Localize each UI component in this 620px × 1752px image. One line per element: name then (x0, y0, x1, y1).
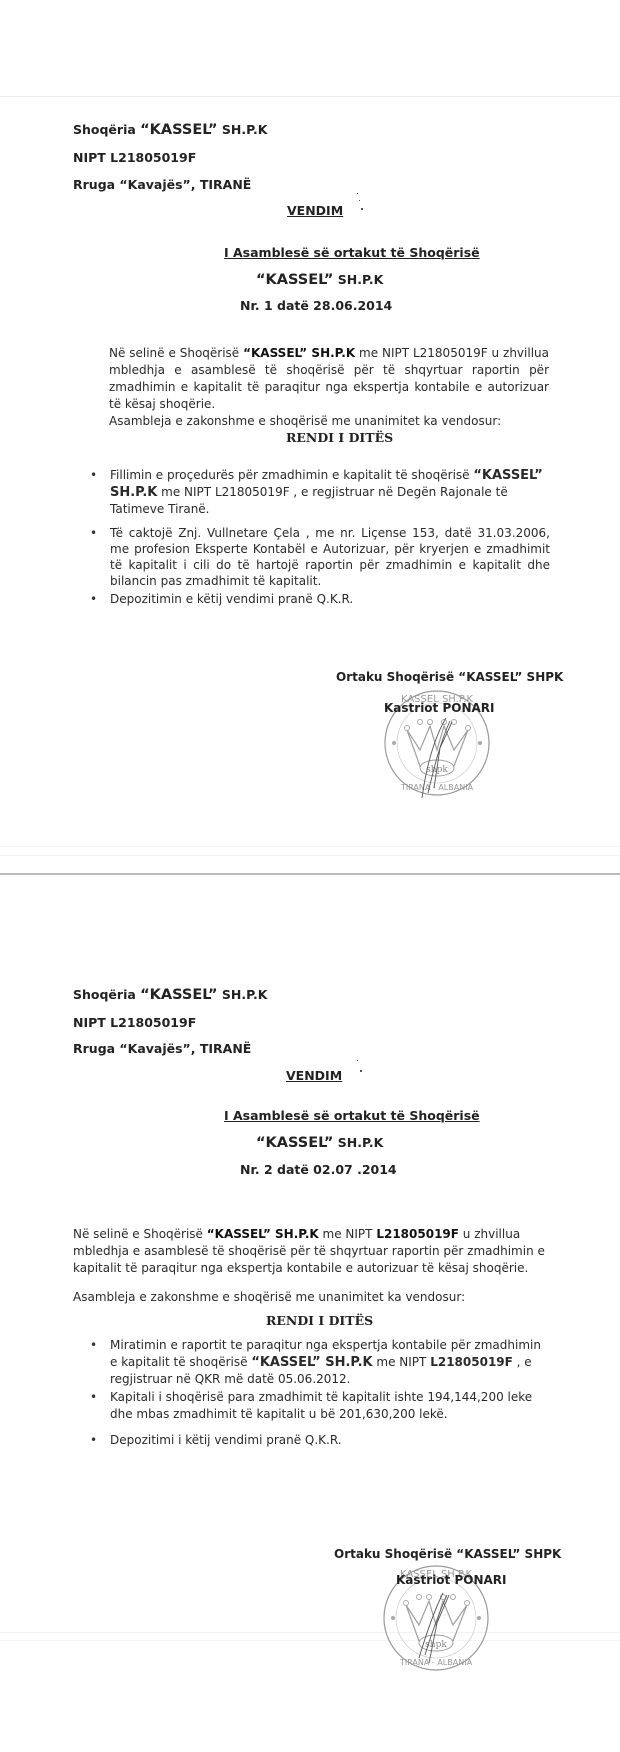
agenda-title: RENDI I DITËS (286, 430, 393, 445)
agenda-item-text: me NIPT L21805019F , e regjistruar në De… (110, 485, 508, 516)
agenda-item-text: Depozitimin e këtij vendimi pranë Q.K.R. (110, 592, 353, 606)
agenda-title: RENDI I DITËS (266, 1313, 373, 1328)
intro-text: Në selinë e Shoqërisë (73, 1227, 207, 1241)
agenda-item: Të caktojë Znj. Vullnetare Çela , me nr.… (88, 525, 550, 589)
agenda-item: Miratimin e raportit te paraqitur nga ek… (88, 1337, 552, 1388)
company-center-brand: “KASSEL” (256, 1135, 333, 1151)
page-separator (0, 873, 620, 875)
agenda-item: Fillimin e proçedurës për zmadhimin e ka… (88, 467, 550, 517)
document-title: VENDIM (286, 1068, 342, 1083)
document-page-1: Shoqëria “KASSEL” SH.P.K NIPT L21805019F… (0, 0, 620, 873)
decision-number: Nr. 2 datë 02.07 .2014 (240, 1162, 397, 1177)
scan-speck (361, 208, 363, 210)
scan-artifact-line (0, 846, 620, 847)
svg-text:TIRANA - ALBANIA: TIRANA - ALBANIA (400, 783, 474, 792)
nipt-line: NIPT L21805019F (73, 150, 196, 165)
company-center-suffix: SH.P.K (333, 1135, 383, 1150)
svg-text:TIRANA - ALBANIA: TIRANA - ALBANIA (399, 1658, 473, 1667)
agenda-item-text: me NIPT (373, 1355, 431, 1369)
agenda-item-nipt-bold: L21805019F (430, 1355, 513, 1369)
signatory-name: Kastriot PONARI (384, 701, 495, 715)
intro-company-bold: “KASSEL” SH.P.K (243, 346, 355, 360)
scan-speck (357, 1060, 358, 1061)
intro-company-bold: “KASSEL” SH.P.K (207, 1227, 319, 1241)
scan-artifact-line (0, 96, 620, 97)
agenda-list: Fillimin e proçedurës për zmadhimin e ka… (88, 467, 550, 615)
agenda-item-text: Fillimin e proçedurës për zmadhimin e ka… (110, 468, 473, 482)
agenda-item: Kapitali i shoqërisë para zmadhimit të k… (88, 1389, 552, 1423)
signature-title: Ortaku Shoqërisë “KASSEL” SHPK (336, 670, 563, 684)
company-center-line: “KASSEL” SH.P.K (256, 1135, 383, 1151)
address-line: Rruga “Kavajës”, TIRANË (73, 177, 251, 192)
scan-speck (359, 200, 360, 201)
intro-paragraph: Në selinë e Shoqërisë “KASSEL” SH.P.K me… (109, 345, 549, 430)
document-subtitle: I Asamblesë së ortakut të Shoqërisë (224, 1108, 480, 1123)
company-suffix: SH.P.K (218, 122, 268, 137)
company-center-suffix: SH.P.K (333, 272, 383, 287)
scan-speck (357, 193, 358, 194)
agenda-item-bold: “KASSEL” SH.P.K (251, 1355, 372, 1370)
agenda-item-text: Të caktojë Znj. Vullnetare Çela , me nr.… (110, 526, 550, 588)
signature-title: Ortaku Shoqërisë “KASSEL” SHPK (334, 1547, 561, 1561)
scan-artifact-line (0, 855, 620, 856)
company-brand: “KASSEL” (140, 122, 217, 138)
company-name-line: Shoqëria “KASSEL” SH.P.K (73, 122, 267, 138)
company-name-line: Shoqëria “KASSEL” SH.P.K (73, 987, 267, 1003)
company-prefix: Shoqëria (73, 987, 140, 1002)
address-line: Rruga “Kavajës”, TIRANË (73, 1041, 251, 1056)
intro-text: me NIPT (319, 1227, 377, 1241)
company-prefix: Shoqëria (73, 122, 140, 137)
agenda-item-text: Depozitimi i këtij vendimi pranë Q.K.R. (110, 1433, 342, 1447)
scan-artifact-line (0, 1640, 620, 1641)
document-title: VENDIM (287, 203, 343, 218)
company-center-brand: “KASSEL” (256, 272, 333, 288)
intro-resolution-text: Asambleja e zakonshme e shoqërisë me una… (109, 414, 501, 428)
resolution-paragraph: Asambleja e zakonshme e shoqërisë me una… (73, 1289, 553, 1306)
document-page-2: Shoqëria “KASSEL” SH.P.K NIPT L21805019F… (0, 877, 620, 1752)
company-brand: “KASSEL” (140, 987, 217, 1003)
document-subtitle: I Asamblesë së ortakut të Shoqërisë (224, 245, 480, 260)
signatory-name: Kastriot PONARI (396, 1573, 507, 1587)
company-center-line: “KASSEL” SH.P.K (256, 272, 383, 288)
company-suffix: SH.P.K (218, 987, 268, 1002)
intro-nipt-bold: L21805019F (376, 1227, 459, 1241)
scan-speck (360, 1070, 362, 1072)
agenda-item: Depozitimi i këtij vendimi pranë Q.K.R. (88, 1432, 552, 1449)
nipt-line: NIPT L21805019F (73, 1015, 196, 1030)
agenda-list: Miratimin e raportit te paraqitur nga ek… (88, 1337, 552, 1457)
decision-number: Nr. 1 datë 28.06.2014 (240, 298, 392, 313)
intro-text: Në selinë e Shoqërisë (109, 346, 243, 360)
intro-paragraph: Në selinë e Shoqërisë “KASSEL” SH.P.K me… (73, 1226, 553, 1277)
agenda-item-text: Kapitali i shoqërisë para zmadhimit të k… (110, 1390, 532, 1421)
scan-artifact-line (0, 1632, 620, 1633)
agenda-item: Depozitimin e këtij vendimi pranë Q.K.R. (88, 591, 550, 607)
